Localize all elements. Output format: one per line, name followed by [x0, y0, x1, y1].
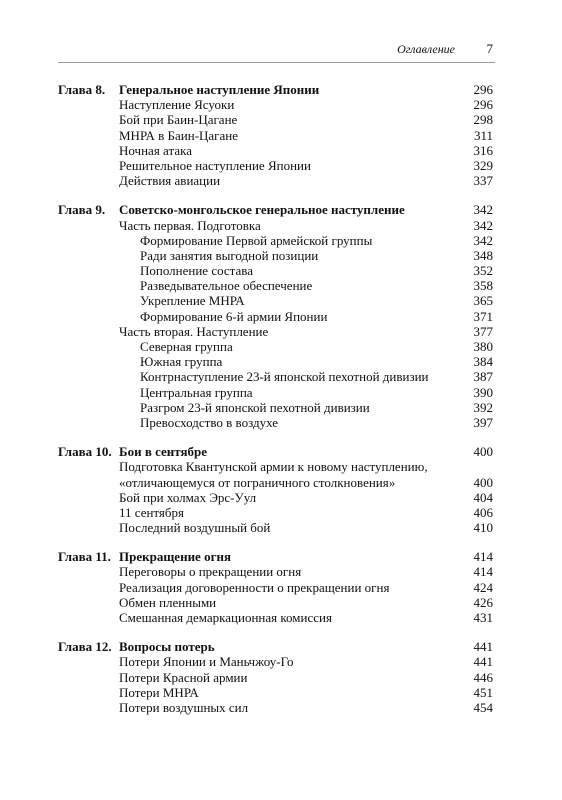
toc-entry[interactable]: Обмен пленными426	[58, 595, 495, 610]
toc-entry[interactable]: Реализация договоренности о прекращении …	[58, 580, 495, 595]
entry-title: Южная группа	[140, 354, 222, 369]
entry-page: 311	[474, 128, 493, 143]
toc-entry[interactable]: Потери МНРА451	[58, 685, 495, 700]
entry-title: Потери воздушных сил	[119, 700, 248, 715]
entry-page: 358	[474, 278, 494, 293]
entry-title: Формирование Первой армейской группы	[140, 233, 372, 248]
toc-entry[interactable]: Контрнаступление 23-й японской пехотной …	[58, 369, 495, 384]
entry-page: 352	[474, 263, 494, 278]
entry-page: 397	[474, 415, 494, 430]
entry-page: 371	[474, 309, 494, 324]
entry-page: 380	[474, 339, 494, 354]
entry-page: 410	[474, 520, 494, 535]
entry-page: 426	[474, 595, 494, 610]
entry-page: 400	[474, 475, 494, 490]
chapter-title: Вопросы потерь	[119, 639, 215, 654]
toc-entry[interactable]: Центральная группа390	[58, 385, 495, 400]
chapter-label: Глава 10.	[58, 444, 112, 459]
entry-title: Часть вторая. Наступление	[119, 324, 268, 339]
chapter-title: Генеральное наступление Японии	[119, 82, 319, 97]
entry-title: Бой при холмах Эрс-Уул	[119, 490, 256, 505]
toc-chapter: Глава 12.Вопросы потерь441Потери Японии …	[58, 639, 495, 715]
entry-title: Бой при Баин-Цагане	[119, 112, 237, 127]
toc-entry[interactable]: Часть первая. Подготовка342	[58, 218, 495, 233]
entry-title: Последний воздушный бой	[119, 520, 270, 535]
page-number: 7	[487, 41, 494, 57]
entry-title: Наступление Ясуоки	[119, 97, 234, 112]
toc-chapter-heading[interactable]: Глава 10.Бои в сентябре400	[58, 444, 495, 459]
entry-page: 342	[474, 218, 494, 233]
entry-page: 404	[474, 490, 494, 505]
toc-chapter-heading[interactable]: Глава 12.Вопросы потерь441	[58, 639, 495, 654]
chapter-title: Прекращение огня	[119, 549, 231, 564]
toc-chapter-heading[interactable]: Глава 11.Прекращение огня414	[58, 549, 495, 564]
toc-chapter: Глава 8.Генеральное наступление Японии29…	[58, 82, 495, 188]
entry-title: Потери Японии и Маньчжоу-Го	[119, 654, 293, 669]
toc-entry[interactable]: «отличающемуся от пограничного столкнове…	[58, 475, 495, 490]
chapter-label: Глава 8.	[58, 82, 105, 97]
toc-entry[interactable]: Пополнение состава352	[58, 263, 495, 278]
toc-entry[interactable]: Наступление Ясуоки296	[58, 97, 495, 112]
entry-page: 329	[474, 158, 494, 173]
toc-entry[interactable]: Укрепление МНРА365	[58, 293, 495, 308]
entry-title: Действия авиации	[119, 173, 220, 188]
entry-title: Обмен пленными	[119, 595, 216, 610]
entry-title: Переговоры о прекращении огня	[119, 564, 301, 579]
entry-page: 316	[474, 143, 494, 158]
chapter-title: Советско-монгольское генеральное наступл…	[119, 202, 405, 217]
toc-entry[interactable]: Формирование Первой армейской группы342	[58, 233, 495, 248]
entry-title: Реализация договоренности о прекращении …	[119, 580, 389, 595]
entry-title: Разгром 23-й японской пехотной дивизии	[140, 400, 370, 415]
toc-entry[interactable]: Часть вторая. Наступление377	[58, 324, 495, 339]
toc-entry[interactable]: Ночная атака316	[58, 143, 495, 158]
entry-title: Разведывательное обеспечение	[140, 278, 312, 293]
entry-page: 348	[474, 248, 494, 263]
chapter-page: 414	[474, 549, 494, 564]
entry-page: 390	[474, 385, 494, 400]
entry-title: «отличающемуся от пограничного столкнове…	[119, 475, 395, 490]
entry-title: 11 сентября	[119, 505, 184, 520]
toc-entry[interactable]: Бой при холмах Эрс-Уул404	[58, 490, 495, 505]
toc-chapter-heading[interactable]: Глава 9.Советско-монгольское генеральное…	[58, 202, 495, 217]
toc-entry[interactable]: МНРА в Баин-Цагане311	[58, 128, 495, 143]
toc-entry[interactable]: Бой при Баин-Цагане298	[58, 112, 495, 127]
entry-page: 387	[474, 369, 494, 384]
toc-entry[interactable]: Разгром 23-й японской пехотной дивизии39…	[58, 400, 495, 415]
entry-page: 365	[474, 293, 494, 308]
entry-title: Ночная атака	[119, 143, 192, 158]
header-rule	[58, 62, 495, 63]
toc-entry[interactable]: Северная группа380	[58, 339, 495, 354]
toc-entry[interactable]: 11 сентября406	[58, 505, 495, 520]
chapter-page: 400	[474, 444, 494, 459]
entry-title: Контрнаступление 23-й японской пехотной …	[140, 369, 429, 384]
chapter-label: Глава 12.	[58, 639, 112, 654]
toc-entry[interactable]: Переговоры о прекращении огня414	[58, 564, 495, 579]
entry-title: Пополнение состава	[140, 263, 253, 278]
entry-title: Ради занятия выгодной позиции	[140, 248, 318, 263]
entry-page: 342	[474, 233, 494, 248]
toc-entry[interactable]: Южная группа384	[58, 354, 495, 369]
toc-entry[interactable]: Решительное наступление Японии329	[58, 158, 495, 173]
toc-entry[interactable]: Разведывательное обеспечение358	[58, 278, 495, 293]
entry-page: 384	[474, 354, 494, 369]
entry-page: 392	[474, 400, 494, 415]
entry-title: Потери МНРА	[119, 685, 199, 700]
toc-entry[interactable]: Превосходство в воздухе397	[58, 415, 495, 430]
entry-title: Решительное наступление Японии	[119, 158, 311, 173]
entry-title: Укрепление МНРА	[140, 293, 245, 308]
entry-page: 414	[474, 564, 494, 579]
entry-title: Смешанная демаркационная комиссия	[119, 610, 332, 625]
entry-page: 451	[474, 685, 494, 700]
entry-title: Превосходство в воздухе	[140, 415, 278, 430]
entry-page: 377	[474, 324, 494, 339]
entry-page: 446	[474, 670, 494, 685]
toc-chapter: Глава 10.Бои в сентябре400Подготовка Ква…	[58, 444, 495, 535]
toc-entry[interactable]: Потери воздушных сил454	[58, 700, 495, 715]
entry-page: 431	[474, 610, 494, 625]
toc-entry[interactable]: Потери Японии и Маньчжоу-Го441	[58, 654, 495, 669]
running-header: Оглавление 7	[58, 40, 495, 60]
chapter-page: 296	[474, 82, 494, 97]
chapter-page: 441	[474, 639, 494, 654]
entry-page: 337	[474, 173, 494, 188]
running-header-title: Оглавление	[397, 42, 455, 57]
entry-page: 296	[474, 97, 494, 112]
entry-page: 441	[474, 654, 494, 669]
chapter-title: Бои в сентябре	[119, 444, 207, 459]
toc-entry[interactable]: Смешанная демаркационная комиссия431	[58, 610, 495, 625]
entry-page: 298	[474, 112, 494, 127]
toc-chapter: Глава 9.Советско-монгольское генеральное…	[58, 202, 495, 430]
toc-entry[interactable]: Ради занятия выгодной позиции348	[58, 248, 495, 263]
toc-chapter-heading[interactable]: Глава 8.Генеральное наступление Японии29…	[58, 82, 495, 97]
chapter-page: 342	[474, 202, 494, 217]
entry-title: МНРА в Баин-Цагане	[119, 128, 238, 143]
entry-page: 454	[474, 700, 494, 715]
entry-title: Формирование 6-й армии Японии	[140, 309, 327, 324]
toc-entry[interactable]: Потери Красной армии446	[58, 670, 495, 685]
toc-entry[interactable]: Подготовка Квантунской армии к новому на…	[58, 459, 495, 474]
toc-entry[interactable]: Действия авиации337	[58, 173, 495, 188]
entry-title: Северная группа	[140, 339, 233, 354]
entry-title: Центральная группа	[140, 385, 253, 400]
toc-entry[interactable]: Формирование 6-й армии Японии371	[58, 309, 495, 324]
entry-title: Подготовка Квантунской армии к новому на…	[119, 459, 428, 474]
entry-page: 406	[474, 505, 494, 520]
toc-chapter: Глава 11.Прекращение огня414Переговоры о…	[58, 549, 495, 625]
chapter-label: Глава 9.	[58, 202, 105, 217]
table-of-contents: Глава 8.Генеральное наступление Японии29…	[58, 82, 495, 729]
entry-title: Часть первая. Подготовка	[119, 218, 261, 233]
toc-entry[interactable]: Последний воздушный бой410	[58, 520, 495, 535]
entry-page: 424	[474, 580, 494, 595]
chapter-label: Глава 11.	[58, 549, 111, 564]
entry-title: Потери Красной армии	[119, 670, 247, 685]
